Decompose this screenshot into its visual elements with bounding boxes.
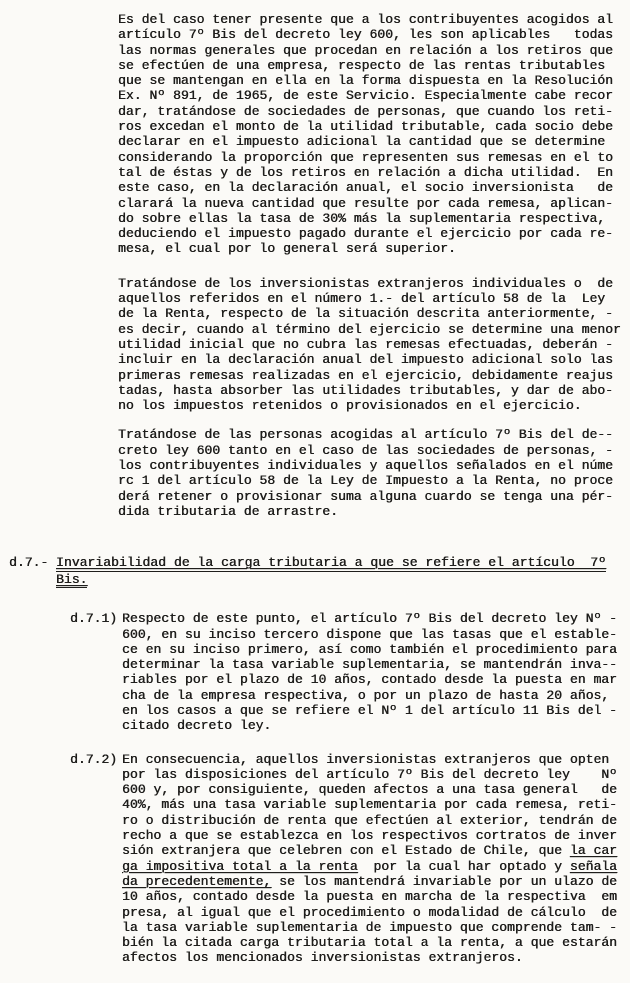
paragraph-1-lines: Es del caso tener presente que a los con… (118, 12, 630, 257)
text-line: ro o distribución de renta que efectúen … (122, 813, 630, 828)
text-line: Invariabilidad de la carga tributaria a … (56, 555, 630, 572)
text-segment: la tasa variable suplementaria de impues… (122, 920, 617, 935)
text-segment: cha de la empresa respectiva, o por un p… (122, 688, 609, 703)
text-line: bién la citada carga tributaria total a … (122, 935, 630, 950)
text-line: deduciendo el impuesto pagado durante el… (118, 226, 630, 241)
text-line: mesa, el cual por lo general será superi… (118, 241, 630, 256)
clause-d7-1-label: d.7.1) (70, 611, 117, 626)
text-line: citado decreto ley. (122, 718, 630, 733)
underlined-text: Invariabilidad de la carga tributaria a … (56, 557, 606, 572)
text-segment: por las disposiciones del artículo 7º Bi… (122, 767, 617, 782)
text-line: recho a que se establezca en los respect… (122, 828, 630, 843)
text-segment: aquellos referidos en el número 1.- del … (118, 291, 605, 306)
text-line: dar, tratándose de sociedades de persona… (118, 104, 630, 119)
text-segment: derá retener o provisionar suma alguna c… (118, 489, 613, 504)
clause-d7-2-label: d.7.2) (70, 752, 117, 767)
text-segment: no los impuestos retenidos o provisionad… (118, 398, 582, 413)
text-line: aquellos referidos en el número 1.- del … (118, 291, 630, 306)
text-segment: considerando la proporción que represent… (118, 150, 613, 165)
text-segment: 600 y, por consiguiente, queden afectos … (122, 782, 617, 797)
text-segment: Tratándose de los inversionistas extranj… (118, 276, 613, 291)
text-line: 10 años, contado desde la puesta en marc… (122, 889, 630, 904)
document-body: Es del caso tener presente que a los con… (0, 12, 630, 966)
text-segment: dar, tratándose de sociedades de persona… (118, 104, 613, 119)
text-segment: riables por el plazo de 10 años, contado… (122, 672, 617, 687)
text-segment: es decir, cuando al término del ejercici… (118, 322, 621, 337)
text-line: en los casos a que se refiere el Nº 1 de… (122, 703, 630, 718)
text-line: tadas, hasta absorber las utilidades tri… (118, 383, 630, 398)
text-line: 40%, más una tasa variable suplementaria… (122, 797, 630, 812)
text-segment: se efectúen de una empresa, respecto de … (118, 58, 605, 73)
text-line: rc 1 del artículo 58 de la Ley de Impues… (118, 473, 630, 488)
underlined-text: señala (570, 859, 617, 874)
text-line: primeras remesas realizadas en el ejerci… (118, 368, 630, 383)
text-segment: primeras remesas realizadas en el ejerci… (118, 368, 613, 383)
text-segment: por la cual har optado y (358, 859, 570, 874)
text-segment: 10 años, contado desde la puesta en marc… (122, 889, 617, 904)
paragraph-2: Tratándose de los inversionistas extranj… (0, 276, 630, 414)
underlined-text: la car (570, 843, 617, 858)
text-segment: Tratándose de las personas acogidas al a… (118, 427, 613, 442)
text-segment: artículo 7º Bis del decreto ley 600, les… (118, 27, 613, 42)
text-segment: creto ley 600 tanto en el caso de las so… (118, 443, 613, 458)
text-line: sión extranjera que celebren con el Esta… (122, 843, 630, 858)
text-segment: las normas generales que procedan en rel… (118, 43, 613, 58)
text-segment: utilidad inicial que no cubra las remesa… (118, 337, 613, 352)
section-heading-d7: d.7.-Invariabilidad de la carga tributar… (0, 555, 630, 588)
text-segment: los contribuyentes individuales y aquell… (118, 458, 613, 473)
text-line: Respecto de este punto, el artículo 7º B… (122, 611, 630, 626)
text-line: artículo 7º Bis del decreto ley 600, les… (118, 27, 630, 42)
text-segment: Respecto de este punto, el artículo 7º B… (122, 611, 617, 626)
section-heading-d7-label: d.7.- (9, 555, 48, 570)
text-line: riables por el plazo de 10 años, contado… (122, 672, 630, 687)
text-line: incluir en la declaración anual del impu… (118, 352, 630, 367)
text-line: derá retener o provisionar suma alguna c… (118, 489, 630, 504)
text-segment: rc 1 del artículo 58 de la Ley de Impues… (118, 473, 613, 488)
text-segment: do sobre ellas la tasa de 30% más la sup… (118, 211, 605, 226)
text-line: considerando la proporción que represent… (118, 150, 630, 165)
underlined-text: da precedentemente, (122, 874, 271, 889)
text-segment: bién la citada carga tributaria total a … (122, 935, 617, 950)
text-line: Bis. (56, 572, 630, 589)
text-line: afectos los mencionados inversionistas e… (122, 950, 630, 965)
text-line: Es del caso tener presente que a los con… (118, 12, 630, 27)
text-segment: que se mantengan en ella en la forma dis… (118, 73, 613, 88)
paragraph-1: Es del caso tener presente que a los con… (0, 12, 630, 257)
text-segment: ro o distribución de renta que efectúen … (122, 813, 617, 828)
text-segment: incluir en la declaración anual del impu… (118, 352, 613, 367)
text-segment: determinar la tasa variable suplementari… (122, 657, 617, 672)
text-segment: citado decreto ley. (122, 718, 271, 733)
text-segment: sión extranjera que celebren con el Esta… (122, 843, 570, 858)
text-line: 600 y, por consiguiente, queden afectos … (122, 782, 630, 797)
text-line: Tratándose de las personas acogidas al a… (118, 427, 630, 442)
clause-d7-1: d.7.1)Respecto de este punto, el artícul… (0, 611, 630, 733)
paragraph-2-lines: Tratándose de los inversionistas extranj… (118, 276, 630, 414)
text-line: ce en su inciso primero, así como tambié… (122, 642, 630, 657)
text-line: que se mantengan en ella en la forma dis… (118, 73, 630, 88)
text-line: utilidad inicial que no cubra las remesa… (118, 337, 630, 352)
text-line: presa, al igual que el procedimiento o m… (122, 905, 630, 920)
text-segment: en los casos a que se refiere el Nº 1 de… (122, 703, 617, 718)
text-segment: mesa, el cual por lo general será superi… (118, 241, 456, 256)
text-segment: ce en su inciso primero, así como tambié… (122, 642, 617, 657)
text-line: ros excedan el monto de la utilidad trib… (118, 119, 630, 134)
text-line: 600, en su inciso tercero dispone que la… (122, 627, 630, 642)
underlined-text: Bis. (56, 574, 87, 589)
text-line: es decir, cuando al término del ejercici… (118, 322, 630, 337)
text-line: clarará la nueva cantidad que resulte po… (118, 196, 630, 211)
text-line: determinar la tasa variable suplementari… (122, 657, 630, 672)
text-segment: afectos los mencionados inversionistas e… (122, 950, 523, 965)
text-line: En consecuencia, aquellos inversionistas… (122, 752, 630, 767)
text-line: no los impuestos retenidos o provisionad… (118, 398, 630, 413)
clause-d7-2-lines: En consecuencia, aquellos inversionistas… (122, 752, 630, 966)
text-segment: En consecuencia, aquellos inversionistas… (122, 752, 609, 767)
text-line: por las disposiciones del artículo 7º Bi… (122, 767, 630, 782)
text-segment: clarará la nueva cantidad que resulte po… (118, 196, 613, 211)
text-segment: 600, en su inciso tercero dispone que la… (122, 627, 617, 642)
text-segment: se los mantendrá invariable por un ulazo… (271, 874, 617, 889)
text-segment: este caso, en la declaración anual, el s… (118, 180, 613, 195)
text-line: de la Renta, respecto de la situación de… (118, 306, 630, 321)
text-segment: Es del caso tener presente que a los con… (118, 12, 613, 27)
text-line: los contribuyentes individuales y aquell… (118, 458, 630, 473)
paragraph-3-lines: Tratándose de las personas acogidas al a… (118, 427, 630, 519)
text-segment: ros excedan el monto de la utilidad trib… (118, 119, 613, 134)
text-line: este caso, en la declaración anual, el s… (118, 180, 630, 195)
text-segment: presa, al igual que el procedimiento o m… (122, 905, 617, 920)
clause-d7-2: d.7.2)En consecuencia, aquellos inversio… (0, 752, 630, 966)
paragraph-3: Tratándose de las personas acogidas al a… (0, 427, 630, 519)
text-segment: Ex. Nº 891, de 1965, de este Servicio. E… (118, 88, 613, 103)
section-heading-d7-lines: Invariabilidad de la carga tributaria a … (56, 555, 630, 588)
underlined-text: ga impositiva total a la renta (122, 859, 358, 874)
text-segment: 40%, más una tasa variable suplementaria… (122, 797, 617, 812)
text-line: creto ley 600 tanto en el caso de las so… (118, 443, 630, 458)
text-line: Tratándose de los inversionistas extranj… (118, 276, 630, 291)
text-line: dida tributaria de arrastre. (118, 504, 630, 519)
text-line: se efectúen de una empresa, respecto de … (118, 58, 630, 73)
text-line: las normas generales que procedan en rel… (118, 43, 630, 58)
text-segment: dida tributaria de arrastre. (118, 504, 338, 519)
text-line: cha de la empresa respectiva, o por un p… (122, 688, 630, 703)
clause-d7-1-lines: Respecto de este punto, el artículo 7º B… (122, 611, 630, 733)
text-segment: deduciendo el impuesto pagado durante el… (118, 226, 613, 241)
text-segment: tal de éstas y de los retiros en relació… (118, 165, 613, 180)
text-line: tal de éstas y de los retiros en relació… (118, 165, 630, 180)
text-segment: de la Renta, respecto de la situación de… (118, 306, 613, 321)
text-line: declarar en el impuesto adicional la can… (118, 134, 630, 149)
text-line: la tasa variable suplementaria de impues… (122, 920, 630, 935)
text-segment: recho a que se establezca en los respect… (122, 828, 617, 843)
text-line: do sobre ellas la tasa de 30% más la sup… (118, 211, 630, 226)
text-line: ga impositiva total a la renta por la cu… (122, 859, 630, 874)
document-page: Es del caso tener presente que a los con… (0, 0, 630, 983)
text-line: da precedentemente, se los mantendrá inv… (122, 874, 630, 889)
text-line: Ex. Nº 891, de 1965, de este Servicio. E… (118, 88, 630, 103)
text-segment: declarar en el impuesto adicional la can… (118, 134, 605, 149)
text-segment: tadas, hasta absorber las utilidades tri… (118, 383, 613, 398)
